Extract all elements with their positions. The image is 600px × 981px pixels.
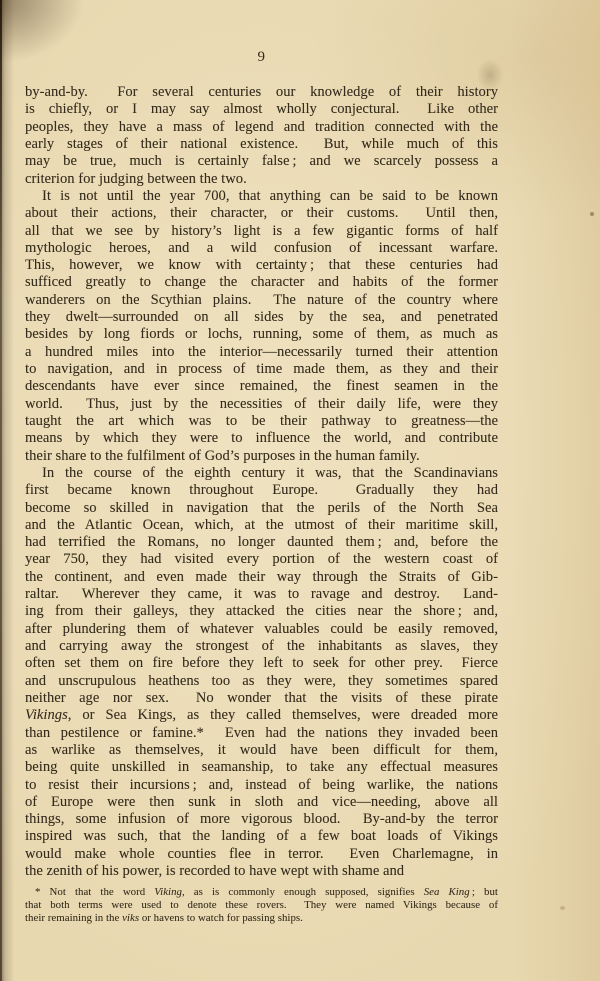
text-block: by-and-by. For several centuries our kno… bbox=[25, 84, 498, 880]
text-line: than pestilence or famine.* Even had the… bbox=[25, 725, 498, 742]
text-line: and unscrupulous heathens too as they we… bbox=[25, 673, 498, 690]
text-line: year 750, they had visited every portion… bbox=[25, 551, 498, 568]
text-line: things, some infusion of more vigorous b… bbox=[25, 811, 498, 828]
paper-speck bbox=[560, 906, 565, 910]
text-line: they dwelt—surrounded on all sides by th… bbox=[25, 309, 498, 326]
text-line: and carrying away the strongest of the i… bbox=[25, 638, 498, 655]
text-line: the zenith of his power, is recorded to … bbox=[25, 863, 498, 880]
text-line: after plundering them of whatever valuab… bbox=[25, 621, 498, 638]
text-line: ing from their galleys, they attacked th… bbox=[25, 603, 498, 620]
text-line: may be true, much is certainly false ; a… bbox=[25, 153, 498, 170]
scan-edge-shadow bbox=[0, 0, 2, 981]
text-line: Vikings, or Sea Kings, as they called th… bbox=[25, 707, 498, 724]
text-line: is chiefly, or I may say almost wholly c… bbox=[25, 101, 498, 118]
text-line: that both terms were used to denote thes… bbox=[25, 899, 498, 912]
text-line: as warlike as themselves, it would have … bbox=[25, 742, 498, 759]
text-line: descendants have ever since remained, th… bbox=[25, 378, 498, 395]
paper-speck bbox=[590, 212, 594, 216]
text-line: their share to the fulfilment of God’s p… bbox=[25, 448, 498, 465]
text-line: first became known throughout Europe. Gr… bbox=[25, 482, 498, 499]
text-line: had terrified the Romans, no longer daun… bbox=[25, 534, 498, 551]
text-line: to resist their incursions ; and, instea… bbox=[25, 777, 498, 794]
paragraph: It is not until the year 700, that anyth… bbox=[25, 188, 498, 465]
text-line: early stages of their national existence… bbox=[25, 136, 498, 153]
text-line: peoples, they have a mass of legend and … bbox=[25, 119, 498, 136]
page-number: 9 bbox=[25, 49, 498, 66]
text-line: become so skilled in navigation that the… bbox=[25, 500, 498, 517]
text-line: of Europe were then sunk in sloth and vi… bbox=[25, 794, 498, 811]
text-line: all that we see by history’s light is a … bbox=[25, 223, 498, 240]
footnote: * Not that the word Viking, as is common… bbox=[25, 886, 498, 926]
text-line: criterion for judging between the two. bbox=[25, 171, 498, 188]
text-line: often set them on fire before they left … bbox=[25, 655, 498, 672]
text-line: being quite unskilled in seamanship, to … bbox=[25, 759, 498, 776]
text-line: inspired was such, that the landing of a… bbox=[25, 828, 498, 845]
text-line: This, however, we know with certainty ; … bbox=[25, 257, 498, 274]
text-line: besides by long fiords or lochs, running… bbox=[25, 326, 498, 343]
text-line: would make whole counties flee in terror… bbox=[25, 846, 498, 863]
text-line: their remaining in the viks or havens to… bbox=[25, 912, 498, 925]
text-line: wanderers on the Scythian plains. The na… bbox=[25, 292, 498, 309]
text-line: raltar. Wherever they came, it was to ra… bbox=[25, 586, 498, 603]
text-line: In the course of the eighth century it w… bbox=[25, 465, 498, 482]
text-line: * Not that the word Viking, as is common… bbox=[25, 886, 498, 899]
text-line: neither age nor sex. No wonder that the … bbox=[25, 690, 498, 707]
text-line: the continent, and even made their way t… bbox=[25, 569, 498, 586]
text-line: sufficed greatly to change the character… bbox=[25, 274, 498, 291]
text-line: It is not until the year 700, that anyth… bbox=[25, 188, 498, 205]
text-line: to navigation, and in process of time ma… bbox=[25, 361, 498, 378]
text-line: a hundred miles into the interior—necess… bbox=[25, 344, 498, 361]
paragraph: by-and-by. For several centuries our kno… bbox=[25, 84, 498, 188]
text-line: about their actions, their character, or… bbox=[25, 205, 498, 222]
text-line: means by which they were to influence th… bbox=[25, 430, 498, 447]
paragraph: In the course of the eighth century it w… bbox=[25, 465, 498, 881]
text-line: world. Thus, just by the necessities of … bbox=[25, 396, 498, 413]
text-line: taught the art which was to be their pat… bbox=[25, 413, 498, 430]
text-line: by-and-by. For several centuries our kno… bbox=[25, 84, 498, 101]
text-line: and the Atlantic Ocean, which, at the ut… bbox=[25, 517, 498, 534]
footnote-holder: * Not that the word Viking, as is common… bbox=[25, 880, 498, 926]
text-line: mythologic heroes, and a wild confusion … bbox=[25, 240, 498, 257]
book-page: 9 by-and-by. For several centuries our k… bbox=[0, 0, 600, 981]
